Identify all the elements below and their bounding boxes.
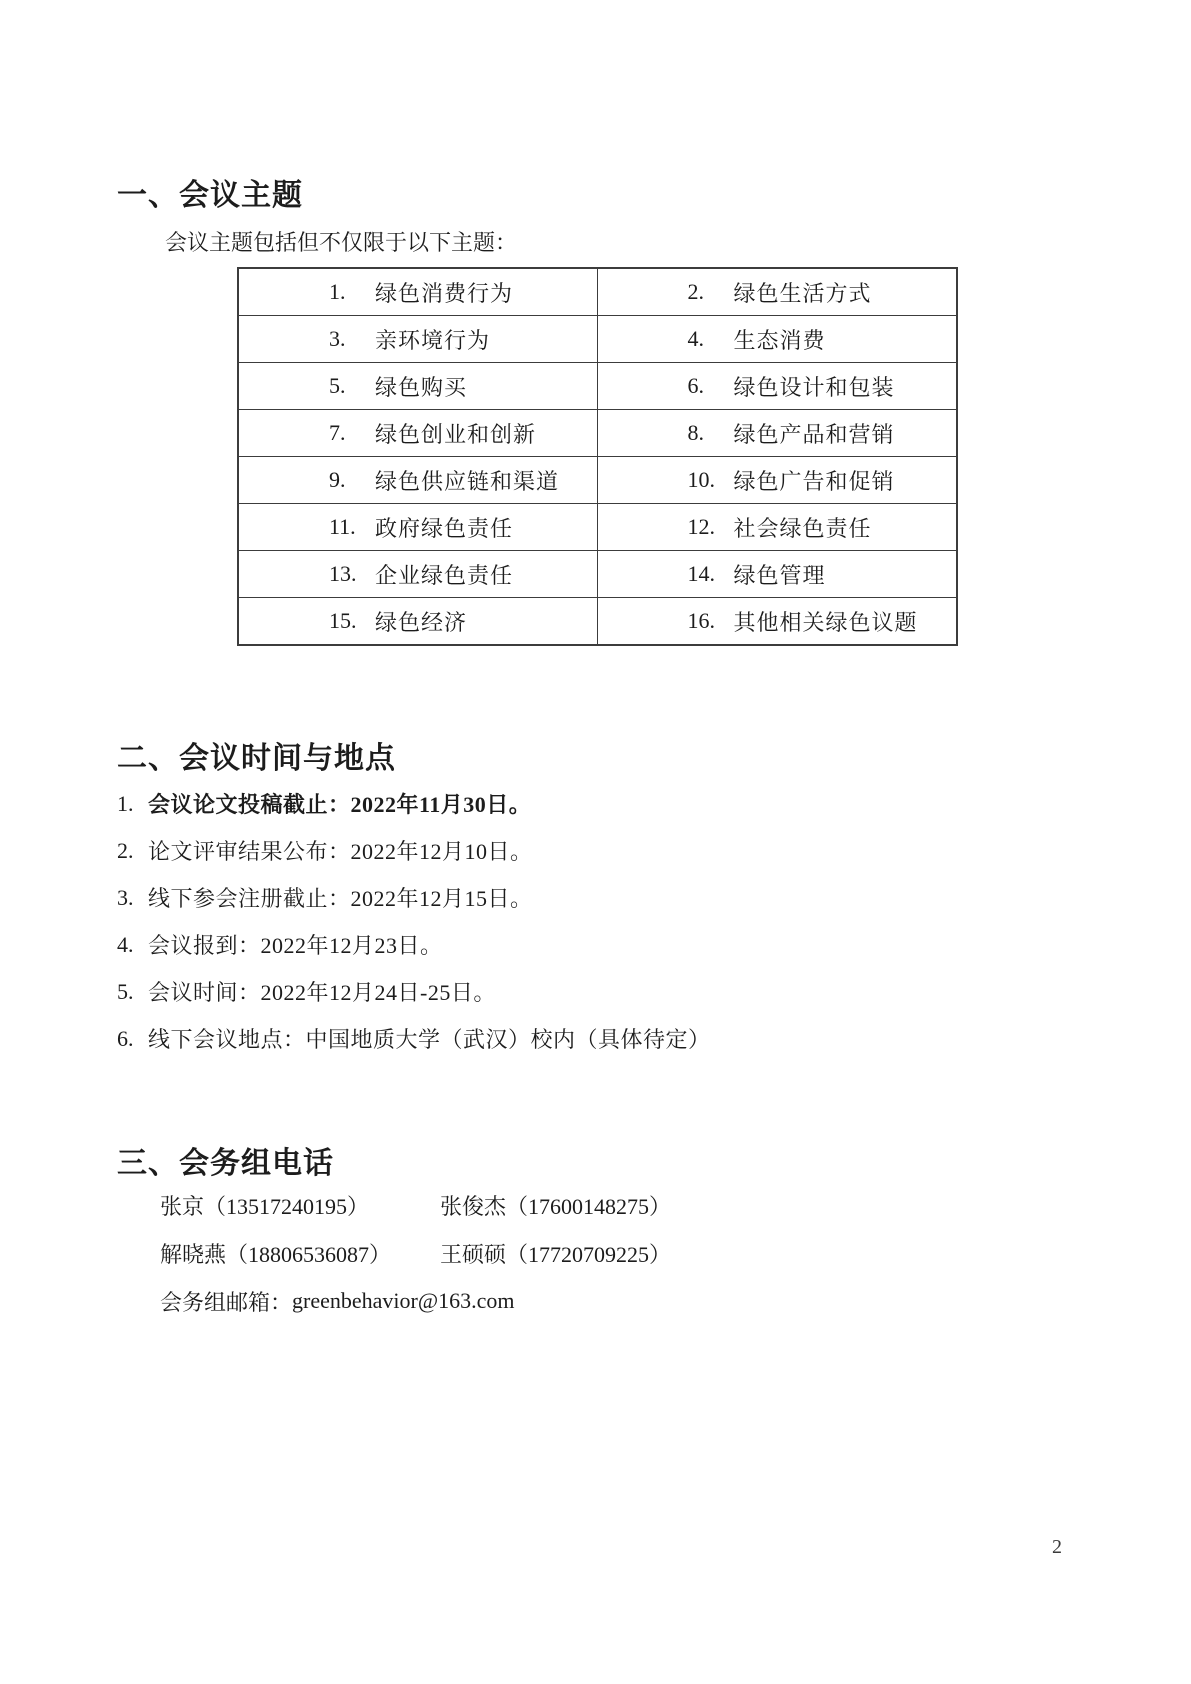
topic-number: 5. (329, 373, 375, 399)
topic-label: 绿色购买 (375, 371, 467, 402)
email-row: 会务组邮箱： greenbehavior@163.com (160, 1277, 671, 1325)
list-item: 2.论文评审结果公布：2022年12月10日。 (117, 827, 711, 874)
topic-label: 绿色经济 (375, 606, 467, 637)
section1-intro: 会议主题包括但不仅限于以下主题： (165, 226, 517, 257)
item-text: 线下会议地点：中国地质大学（武汉）校内（具体待定） (148, 1023, 711, 1054)
topic-cell: 4.生态消费 (598, 316, 957, 362)
topic-cell: 5.绿色购买 (239, 363, 598, 409)
table-row: 9.绿色供应链和渠道 10.绿色广告和促销 (239, 457, 956, 504)
topic-label: 企业绿色责任 (375, 559, 513, 590)
document-page: 一、会议主题 会议主题包括但不仅限于以下主题： 1.绿色消费行为 2.绿色生活方… (0, 0, 1191, 1684)
item-text: 会议时间：2022年12月24日-25日。 (148, 976, 496, 1007)
item-number: 3. (117, 885, 148, 911)
item-text: 论文评审结果公布：2022年12月10日。 (148, 835, 533, 866)
topic-cell: 12.社会绿色责任 (598, 504, 957, 550)
topic-number: 3. (329, 326, 375, 352)
table-row: 5.绿色购买 6.绿色设计和包装 (239, 363, 956, 410)
topic-cell: 13.企业绿色责任 (239, 551, 598, 597)
topic-cell: 3.亲环境行为 (239, 316, 598, 362)
list-item: 6.线下会议地点：中国地质大学（武汉）校内（具体待定） (117, 1015, 711, 1062)
topics-table: 1.绿色消费行为 2.绿色生活方式 3.亲环境行为 4.生态消费 5.绿色购买 … (237, 267, 958, 646)
topic-number: 11. (329, 514, 375, 540)
topic-number: 14. (688, 561, 734, 587)
item-text: 会议报到：2022年12月23日。 (148, 929, 443, 960)
schedule-list: 1.会议论文投稿截止：2022年11月30日。 2.论文评审结果公布：2022年… (117, 780, 711, 1062)
topic-number: 1. (329, 279, 375, 305)
topic-label: 绿色产品和营销 (734, 418, 895, 449)
section2-heading: 二、会议时间与地点 (117, 733, 396, 777)
topic-cell: 7.绿色创业和创新 (239, 410, 598, 456)
topic-number: 2. (688, 279, 734, 305)
topic-cell: 15.绿色经济 (239, 598, 598, 644)
topic-label: 绿色创业和创新 (375, 418, 536, 449)
topic-number: 6. (688, 373, 734, 399)
topic-label: 生态消费 (734, 324, 826, 355)
table-row: 13.企业绿色责任 14.绿色管理 (239, 551, 956, 598)
topic-label: 政府绿色责任 (375, 512, 513, 543)
topic-number: 13. (329, 561, 375, 587)
section3-heading: 三、会务组电话 (117, 1138, 334, 1182)
table-row: 15.绿色经济 16.其他相关绿色议题 (239, 598, 956, 644)
topic-label: 其他相关绿色议题 (734, 606, 918, 637)
item-text: 会议论文投稿截止：2022年11月30日。 (148, 788, 531, 819)
topic-cell: 1.绿色消费行为 (239, 269, 598, 315)
topic-cell: 9.绿色供应链和渠道 (239, 457, 598, 503)
topic-number: 9. (329, 467, 375, 493)
topic-cell: 2.绿色生活方式 (598, 269, 957, 315)
topic-number: 15. (329, 608, 375, 634)
topic-cell: 6.绿色设计和包装 (598, 363, 957, 409)
contact-entry: 张俊杰（17600148275） (440, 1190, 671, 1221)
topic-number: 16. (688, 608, 734, 634)
table-row: 1.绿色消费行为 2.绿色生活方式 (239, 269, 956, 316)
contact-entry: 张京（13517240195） (160, 1190, 440, 1221)
topic-label: 亲环境行为 (375, 324, 490, 355)
topic-label: 绿色供应链和渠道 (375, 465, 559, 496)
table-row: 7.绿色创业和创新 8.绿色产品和营销 (239, 410, 956, 457)
email-label: 会务组邮箱： (160, 1286, 292, 1317)
topic-number: 7. (329, 420, 375, 446)
topic-label: 绿色生活方式 (734, 277, 872, 308)
email-address: greenbehavior@163.com (292, 1288, 514, 1314)
contact-entry: 王硕硕（17720709225） (440, 1238, 671, 1269)
item-number: 1. (117, 791, 148, 817)
item-text: 线下参会注册截止：2022年12月15日。 (148, 882, 533, 913)
topic-cell: 16.其他相关绿色议题 (598, 598, 957, 644)
page-number: 2 (1052, 1536, 1062, 1559)
list-item: 3.线下参会注册截止：2022年12月15日。 (117, 874, 711, 921)
contact-row: 张京（13517240195） 张俊杰（17600148275） (160, 1181, 671, 1229)
table-row: 3.亲环境行为 4.生态消费 (239, 316, 956, 363)
contact-row: 解晓燕（18806536087） 王硕硕（17720709225） (160, 1229, 671, 1277)
topic-number: 8. (688, 420, 734, 446)
topic-label: 绿色管理 (734, 559, 826, 590)
list-item: 5.会议时间：2022年12月24日-25日。 (117, 968, 711, 1015)
table-row: 11.政府绿色责任 12.社会绿色责任 (239, 504, 956, 551)
item-number: 4. (117, 932, 148, 958)
list-item: 4.会议报到：2022年12月23日。 (117, 921, 711, 968)
list-item: 1.会议论文投稿截止：2022年11月30日。 (117, 780, 711, 827)
topic-label: 绿色消费行为 (375, 277, 513, 308)
contact-entry: 解晓燕（18806536087） (160, 1238, 440, 1269)
topic-cell: 14.绿色管理 (598, 551, 957, 597)
topic-cell: 11.政府绿色责任 (239, 504, 598, 550)
topic-label: 社会绿色责任 (734, 512, 872, 543)
topic-number: 4. (688, 326, 734, 352)
item-number: 6. (117, 1026, 148, 1052)
item-number: 2. (117, 838, 148, 864)
topic-label: 绿色广告和促销 (734, 465, 895, 496)
topic-number: 12. (688, 514, 734, 540)
topic-cell: 8.绿色产品和营销 (598, 410, 957, 456)
item-number: 5. (117, 979, 148, 1005)
topic-cell: 10.绿色广告和促销 (598, 457, 957, 503)
section1-heading: 一、会议主题 (117, 170, 303, 214)
topic-number: 10. (688, 467, 734, 493)
topic-label: 绿色设计和包装 (734, 371, 895, 402)
contacts-block: 张京（13517240195） 张俊杰（17600148275） 解晓燕（188… (160, 1181, 671, 1325)
